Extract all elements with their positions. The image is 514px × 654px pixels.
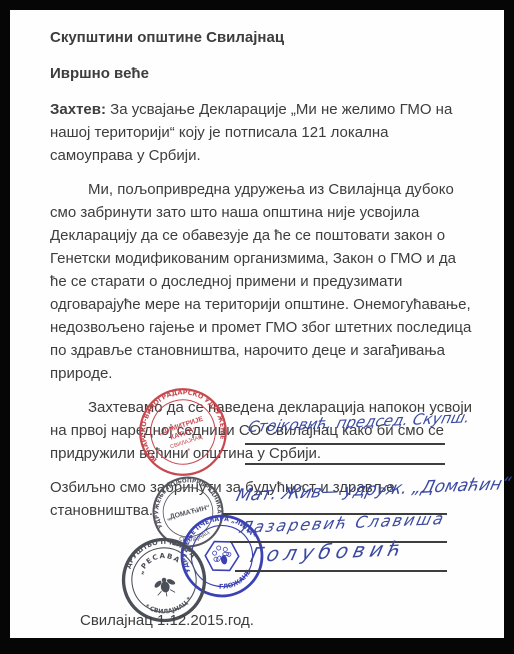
scanned-letter-page: Скупштини општине Свилајнац Ивршно веће …	[10, 10, 504, 638]
bee-icon	[152, 576, 178, 599]
svg-text:ДРУШТВО ПЧЕЛАРА: ДРУШТВО ПЧЕЛАРА	[120, 532, 198, 572]
place-date-line: Свилајнац 1.12.2015.год.	[80, 612, 254, 629]
request-label: Захтев:	[50, 101, 106, 118]
addressee-heading: Скупштини општине Свилајнац	[50, 26, 474, 49]
signature-line-5	[235, 570, 447, 572]
addressee-subheading: Ивршно веће	[50, 62, 474, 85]
signature-line-2	[245, 463, 445, 465]
request-text: За усвајање Декларације „Ми не желимо ГМ…	[50, 101, 452, 164]
stamp-star: *	[186, 446, 192, 455]
signature-line-1	[245, 443, 445, 445]
request-paragraph: Захтев: За усвајање Декларације „Ми не ж…	[50, 98, 474, 167]
stamp-ring-top: ДРУШТВО ПЧЕЛАРА	[120, 532, 198, 572]
body-paragraph-1: Ми, пољопривредна удружења из Свилајнца …	[50, 178, 474, 385]
letter-body: Скупштини општине Свилајнац Ивршно веће …	[50, 26, 474, 533]
